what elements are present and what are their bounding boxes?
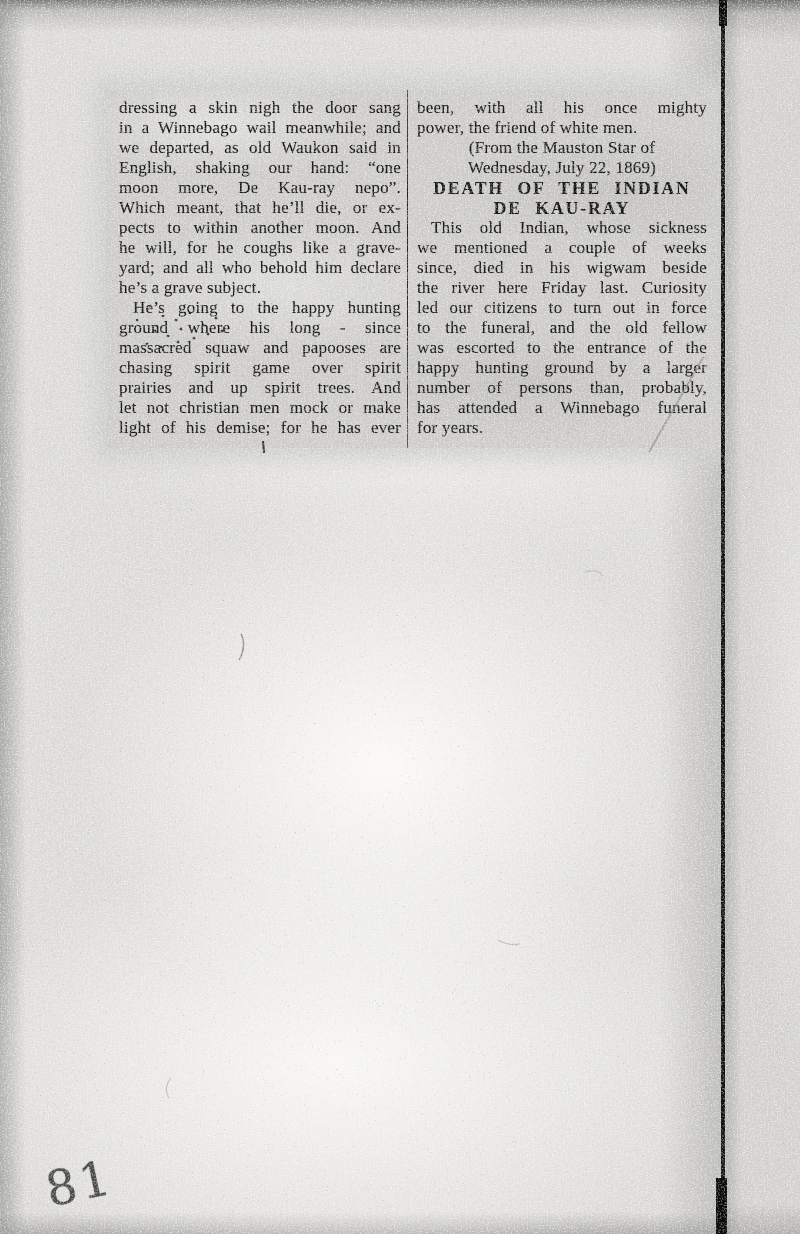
hair-mark bbox=[585, 571, 603, 576]
text-line: Which meant, that he’ll die, or ex- bbox=[119, 198, 401, 218]
clipping-column-left: dressing a skin nigh the door sangin a W… bbox=[106, 90, 407, 448]
text-line: we departed, as old Waukon said in bbox=[119, 138, 401, 158]
text-line: Wednesday, July 22, 1869) bbox=[417, 158, 707, 178]
text-line: for years. bbox=[417, 418, 707, 438]
text-line: the river here Friday last. Curiosity bbox=[417, 278, 707, 298]
hair-mark bbox=[498, 940, 520, 945]
text-line: moon more, De Kau-ray nepo”. bbox=[119, 178, 401, 198]
text-line: ground where his long - since bbox=[119, 318, 401, 338]
text-line: let not christian men mock or make bbox=[119, 398, 401, 418]
text-line: was escorted to the entrance of the bbox=[417, 338, 707, 358]
clipping-column-right: been, with all his once mightypower, the… bbox=[408, 90, 717, 448]
text-line: we mentioned a couple of weeks bbox=[417, 238, 707, 258]
text-line: he will, for he coughs like a grave- bbox=[119, 238, 401, 258]
text-line: (From the Mauston Star of bbox=[417, 138, 707, 158]
text-line: He’s going to the happy hunting bbox=[119, 298, 401, 318]
text-line: massacred squaw and papooses are bbox=[119, 338, 401, 358]
newspaper-clipping: dressing a skin nigh the door sangin a W… bbox=[106, 90, 717, 448]
adjacent-page-edge bbox=[726, 0, 800, 1234]
text-line: happy hunting ground by a larger bbox=[417, 358, 707, 378]
book-fold-bottom-shadow bbox=[716, 1178, 727, 1234]
book-fold-top-shadow bbox=[719, 0, 727, 26]
text-line: in a Winnebago wail meanwhile; and bbox=[119, 118, 401, 138]
text-line: yard; and all who behold him declare bbox=[119, 258, 401, 278]
scanned-page: dressing a skin nigh the door sangin a W… bbox=[0, 0, 800, 1234]
hair-mark bbox=[239, 634, 244, 660]
text-line: light of his demise; for he has ever bbox=[119, 418, 401, 438]
hair-mark bbox=[166, 1078, 171, 1098]
text-line: number of persons than, probably, bbox=[417, 378, 707, 398]
text-line: DE KAU-RAY bbox=[417, 198, 707, 218]
text-line: prairies and up spirit trees. And bbox=[119, 378, 401, 398]
text-line: chasing spirit game over spirit bbox=[119, 358, 401, 378]
text-line: he’s a grave subject. bbox=[119, 278, 401, 298]
text-line: dressing a skin nigh the door sang bbox=[119, 98, 401, 118]
text-line: led our citizens to turn out in force bbox=[417, 298, 707, 318]
book-fold-line bbox=[721, 0, 725, 1234]
text-line: since, died in his wigwam beside bbox=[417, 258, 707, 278]
text-line: has attended a Winnebago funeral bbox=[417, 398, 707, 418]
text-line: to the funeral, and the old fellow bbox=[417, 318, 707, 338]
handwritten-page-number: 81 bbox=[41, 1150, 118, 1219]
text-line: English, shaking our hand: “one bbox=[119, 158, 401, 178]
text-line: pects to within another moon. And bbox=[119, 218, 401, 238]
text-line: been, with all his once mighty bbox=[417, 98, 707, 118]
text-line: power, the friend of white men. bbox=[417, 118, 707, 138]
text-line: DEATH OF THE INDIAN bbox=[417, 178, 707, 198]
text-line: This old Indian, whose sickness bbox=[417, 218, 707, 238]
